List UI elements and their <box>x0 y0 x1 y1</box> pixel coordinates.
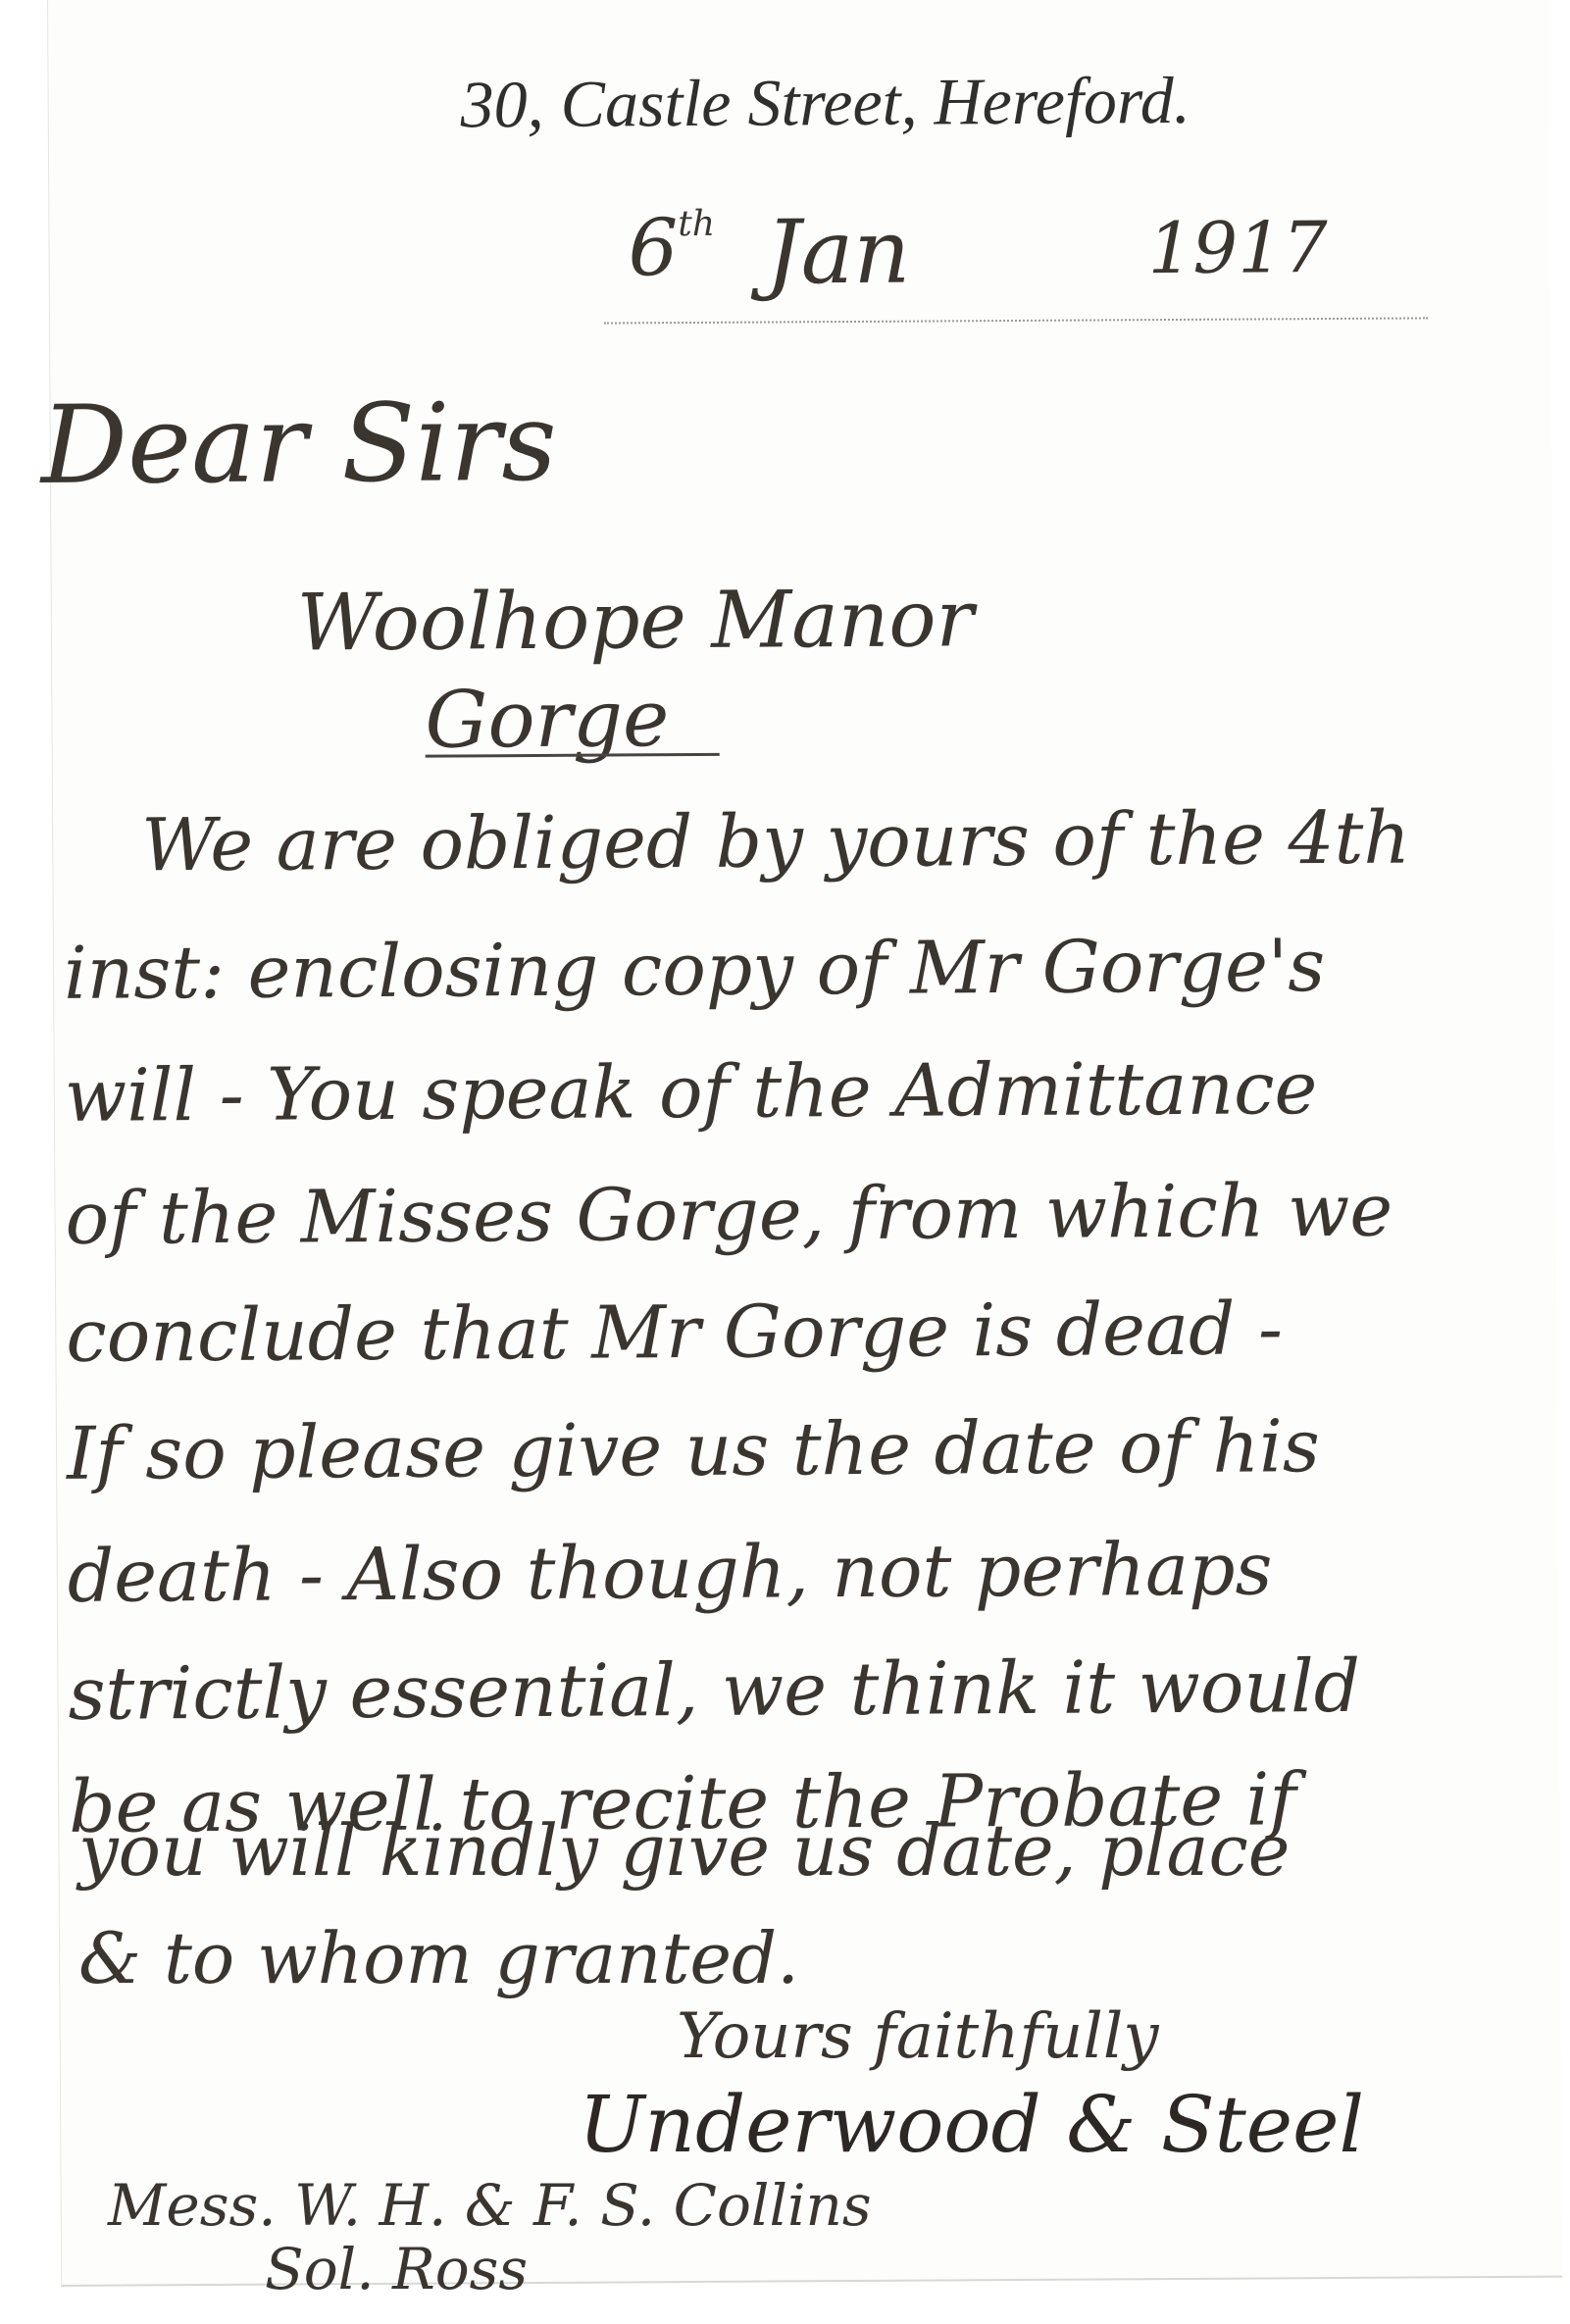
signature: Underwood & Steel <box>579 2079 1364 2170</box>
letter-lower: you will kindly give us date, place & to… <box>0 0 1570 2324</box>
body-line: & to whom granted. <box>78 1917 799 1999</box>
addressee-line-1: Mess. W. H. & F. S. Collins <box>108 2172 872 2239</box>
body-line: you will kindly give us date, place <box>78 1809 1290 1892</box>
addressee-line-2: Sol. Ross <box>265 2236 528 2302</box>
valediction: Yours faithfully <box>677 2000 1158 2073</box>
